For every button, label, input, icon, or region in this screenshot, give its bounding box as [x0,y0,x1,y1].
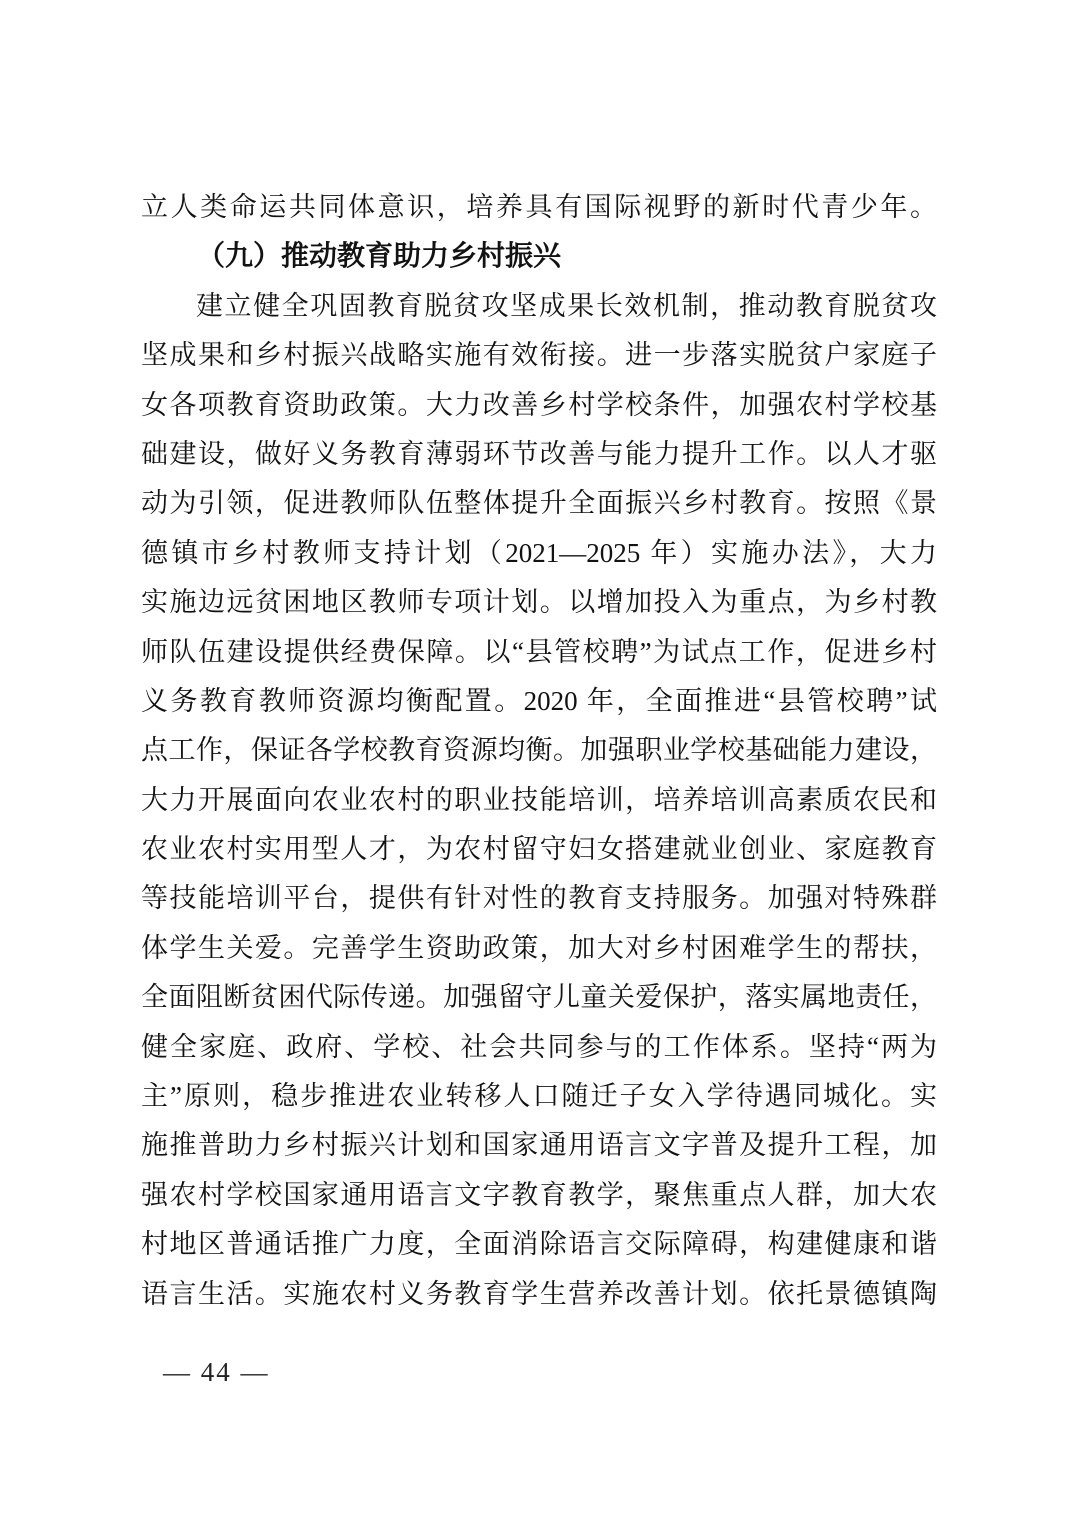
text-line: 础建设，做好义务教育薄弱环节改善与能力提升工作。以人才驱 [141,430,937,479]
text-line: 动为引领，促进教师队伍整体提升全面振兴乡村教育。按照《景 [141,479,937,528]
document-page: 立人类命运共同体意识，培养具有国际视野的新时代青少年。（九）推动教育助力乡村振兴… [0,0,1074,1520]
text-line: 建立健全巩固教育脱贫攻坚成果长效机制，推动教育脱贫攻 [141,282,937,331]
text-line: 立人类命运共同体意识，培养具有国际视野的新时代青少年。 [141,183,937,232]
section-heading: （九）推动教育助力乡村振兴 [141,232,937,281]
text-line: 义务教育教师资源均衡配置。2020 年，全面推进“县管校聘”试 [141,677,937,726]
text-line: 女各项教育资助政策。大力改善乡村学校条件，加强农村学校基 [141,381,937,430]
text-line: 农业农村实用型人才，为农村留守妇女搭建就业创业、家庭教育 [141,825,937,874]
text-line: 坚成果和乡村振兴战略实施有效衔接。进一步落实脱贫户家庭子 [141,331,937,380]
text-line: 点工作，保证各学校教育资源均衡。加强职业学校基础能力建设， [141,726,937,775]
text-line: 全面阻断贫困代际传递。加强留守儿童关爱保护，落实属地责任， [141,973,937,1022]
text-line: 强农村学校国家通用语言文字教育教学，聚焦重点人群，加大农 [141,1171,937,1220]
text-line: 实施边远贫困地区教师专项计划。以增加投入为重点，为乡村教 [141,578,937,627]
text-line: 健全家庭、政府、学校、社会共同参与的工作体系。坚持“两为 [141,1023,937,1072]
text-line: 主”原则，稳步推进农业转移人口随迁子女入学待遇同城化。实 [141,1072,937,1121]
text-line: 师队伍建设提供经费保障。以“县管校聘”为试点工作，促进乡村 [141,628,937,677]
text-line: 村地区普通话推广力度，全面消除语言交际障碍，构建健康和谐 [141,1220,937,1269]
text-line: 等技能培训平台，提供有针对性的教育支持服务。加强对特殊群 [141,874,937,923]
text-line: 大力开展面向农业农村的职业技能培训，培养培训高素质农民和 [141,776,937,825]
text-line: 德镇市乡村教师支持计划（2021—2025 年）实施办法》，大力 [141,529,937,578]
text-line: 施推普助力乡村振兴计划和国家通用语言文字普及提升工程，加 [141,1121,937,1170]
text-line: 语言生活。实施农村义务教育学生营养改善计划。依托景德镇陶 [141,1270,937,1319]
document-body: 立人类命运共同体意识，培养具有国际视野的新时代青少年。（九）推动教育助力乡村振兴… [141,183,937,1319]
page-number: — 44 — [163,1352,270,1392]
text-line: 体学生关爱。完善学生资助政策，加大对乡村困难学生的帮扶， [141,924,937,973]
